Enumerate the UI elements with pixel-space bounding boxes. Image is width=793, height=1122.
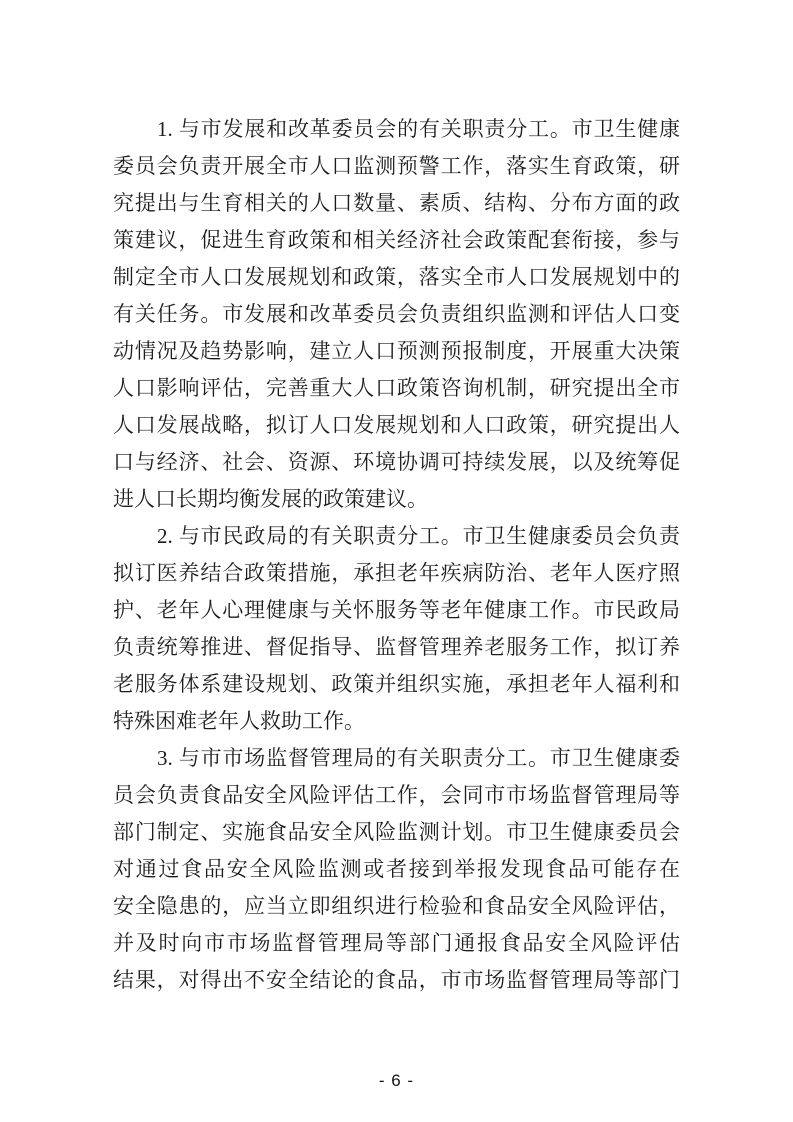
text-line: 对通过食品安全风险监测或者接到举报发现食品可能存在 bbox=[113, 851, 680, 888]
text-line: 2. 与市民政局的有关职责分工。市卫生健康委员会负责 bbox=[113, 518, 680, 555]
text-line: 结果，对得出不安全结论的食品，市市场监督管理局等部门 bbox=[113, 962, 680, 999]
text-line: 动情况及趋势影响，建立人口预测预报制度，开展重大决策 bbox=[113, 333, 680, 370]
text-line: 口与经济、社会、资源、环境协调可持续发展，以及统筹促 bbox=[113, 444, 680, 481]
text-line: 员会负责食品安全风险评估工作，会同市市场监督管理局等 bbox=[113, 777, 680, 814]
text-line: 策建议，促进生育政策和相关经济社会政策配套衔接，参与 bbox=[113, 222, 680, 259]
text-line: 人口发展战略，拟订人口发展规划和人口政策，研究提出人 bbox=[113, 407, 680, 444]
text-line: 人口影响评估，完善重大人口政策咨询机制，研究提出全市 bbox=[113, 370, 680, 407]
text-line: 制定全市人口发展规划和政策，落实全市人口发展规划中的 bbox=[113, 259, 680, 296]
text-line: 特殊困难老年人救助工作。 bbox=[113, 703, 680, 740]
text-line: 负责统筹推进、督促指导、监督管理养老服务工作，拟订养 bbox=[113, 629, 680, 666]
text-line: 究提出与生育相关的人口数量、素质、结构、分布方面的政 bbox=[113, 185, 680, 222]
paragraph: 2. 与市民政局的有关职责分工。市卫生健康委员会负责拟订医养结合政策措施，承担老… bbox=[113, 518, 680, 740]
text-line: 1. 与市发展和改革委员会的有关职责分工。市卫生健康 bbox=[113, 111, 680, 148]
paragraph: 1. 与市发展和改革委员会的有关职责分工。市卫生健康委员会负责开展全市人口监测预… bbox=[113, 111, 680, 518]
text-line: 委员会负责开展全市人口监测预警工作，落实生育政策，研 bbox=[113, 148, 680, 185]
text-line: 有关任务。市发展和改革委员会负责组织监测和评估人口变 bbox=[113, 296, 680, 333]
text-line: 部门制定、实施食品安全风险监测计划。市卫生健康委员会 bbox=[113, 814, 680, 851]
text-line: 护、老年人心理健康与关怀服务等老年健康工作。市民政局 bbox=[113, 592, 680, 629]
text-line: 并及时向市市场监督管理局等部门通报食品安全风险评估 bbox=[113, 925, 680, 962]
text-line: 老服务体系建设规划、政策并组织实施，承担老年人福利和 bbox=[113, 666, 680, 703]
document-page: 1. 与市发展和改革委员会的有关职责分工。市卫生健康委员会负责开展全市人口监测预… bbox=[0, 0, 793, 1122]
document-body: 1. 与市发展和改革委员会的有关职责分工。市卫生健康委员会负责开展全市人口监测预… bbox=[113, 111, 680, 999]
text-line: 3. 与市市场监督管理局的有关职责分工。市卫生健康委 bbox=[113, 740, 680, 777]
text-line: 拟订医养结合政策措施，承担老年疾病防治、老年人医疗照 bbox=[113, 555, 680, 592]
text-line: 安全隐患的，应当立即组织进行检验和食品安全风险评估， bbox=[113, 888, 680, 925]
paragraph: 3. 与市市场监督管理局的有关职责分工。市卫生健康委员会负责食品安全风险评估工作… bbox=[113, 740, 680, 999]
text-line: 进人口长期均衡发展的政策建议。 bbox=[113, 481, 680, 518]
page-number: - 6 - bbox=[0, 1071, 793, 1091]
